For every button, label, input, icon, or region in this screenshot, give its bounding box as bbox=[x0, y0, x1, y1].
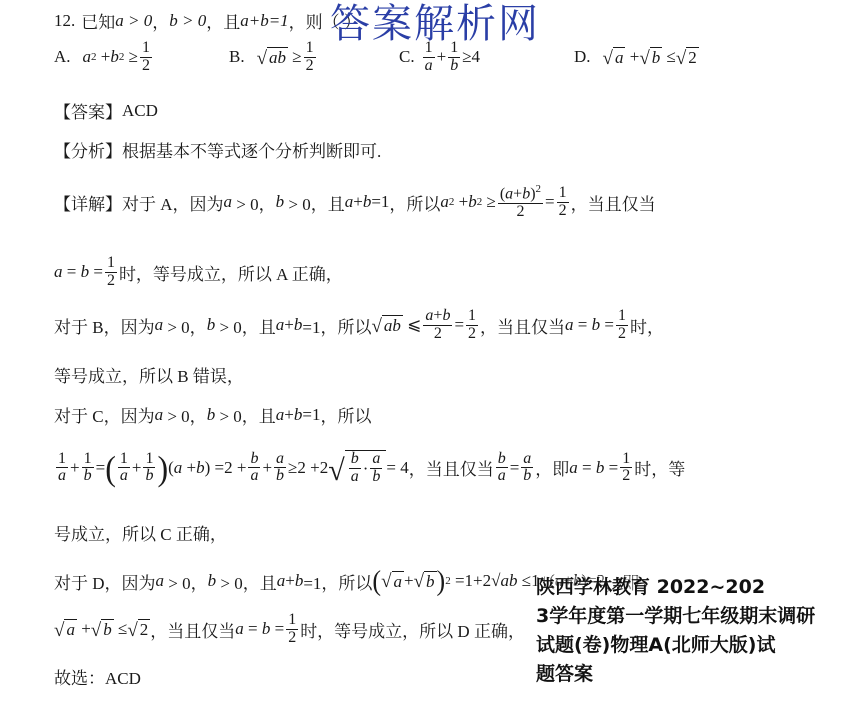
answer-tag: 【答案】 bbox=[54, 98, 122, 123]
detail-text: 时，等 bbox=[634, 455, 685, 480]
detail-c-line3: 号成立，所以 C 正确， bbox=[54, 520, 227, 545]
detail-text: 对于 B，因为 bbox=[54, 313, 155, 338]
option-c-label: C. bbox=[399, 47, 415, 67]
detail-text: 号成立，所以 C 正确， bbox=[54, 520, 227, 545]
condition-sum: a+b=1 bbox=[240, 11, 288, 31]
detail-b-line1: 对于 B，因为 a > 0，b > 0，且a+b=1，所以 √ab ⩽ a+b2… bbox=[54, 308, 664, 343]
site-watermark: 答案解析网 bbox=[330, 4, 540, 44]
stem-prefix: 已知 bbox=[81, 8, 115, 33]
detail-c-line1: 对于 C，因为 a > 0，b > 0，且a+b=1 ，所以 bbox=[54, 402, 371, 427]
analysis-line: 【分析】 根据基本不等式逐个分析判断即可. bbox=[54, 137, 381, 162]
overlay-caption: 陕西学林教育 2022~202 3学年度第一学期七年级期末调研 试题(卷)物理A… bbox=[536, 573, 844, 689]
detail-text: ，所以 bbox=[389, 190, 440, 215]
option-b-label: B. bbox=[229, 47, 245, 67]
caption-line: 题答案 bbox=[536, 660, 844, 689]
detail-d-line2: √a +√b ≤√2 ，当且仅当 a = b =12 时，等号成立，所以 D 正… bbox=[54, 612, 525, 647]
detail-text: 对于 C，因为 bbox=[54, 402, 155, 427]
conclusion-text: 故选：ACD bbox=[54, 664, 141, 689]
detail-b-line2: 等号成立，所以 B 错误， bbox=[54, 362, 244, 387]
caption-line: 陕西学林教育 2022~202 bbox=[536, 573, 844, 602]
condition-a: a > 0 bbox=[115, 11, 152, 31]
detail-a-line1: 【详解】 对于 A，因为 a > 0，b > 0，且a+b=1 ，所以 a2 +… bbox=[54, 184, 656, 221]
detail-text: ，当且仅当 bbox=[571, 190, 656, 215]
caption-line: 试题(卷)物理A(北师大版)试 bbox=[536, 631, 844, 660]
detail-text: 对于 A，因为 bbox=[122, 190, 224, 215]
option-a: A. a2 +b2 ≥ 12 bbox=[54, 40, 229, 75]
question-number: 12. bbox=[54, 11, 75, 31]
detail-text: ，当且仅当 bbox=[480, 313, 565, 338]
detail-text: ，所以 bbox=[320, 402, 371, 427]
analysis-text: 根据基本不等式逐个分析判断即可. bbox=[122, 137, 381, 162]
detail-text: ，当且仅当 bbox=[409, 455, 494, 480]
option-a-label: A. bbox=[54, 47, 71, 67]
detail-a-line2: a = b =12 时，等号成立，所以 A 正确， bbox=[54, 255, 343, 290]
answer-line: 【答案】 ACD bbox=[54, 98, 158, 123]
detail-text: 时， bbox=[630, 313, 664, 338]
detail-text: 对于 D，因为 bbox=[54, 569, 156, 594]
separator: ，且 bbox=[206, 8, 240, 33]
option-d: D. √a +√b ≤√2 bbox=[574, 47, 699, 68]
detail-text: 时，等号成立，所以 D 正确， bbox=[300, 617, 525, 642]
conclusion-line: 故选：ACD bbox=[54, 664, 141, 689]
detail-tag: 【详解】 bbox=[54, 190, 122, 215]
detail-text: 时，等号成立，所以 A 正确， bbox=[119, 260, 343, 285]
formula-c: 1a+ 1b= (1a+1b) (a +b) =2 + ba+ ab≥2 +2 … bbox=[54, 450, 409, 486]
detail-text: ，即 bbox=[535, 455, 569, 480]
caption-line: 3学年度第一学期七年级期末调研 bbox=[536, 602, 844, 631]
detail-text: 等号成立，所以 B 错误， bbox=[54, 362, 244, 387]
formula-a: a2 +b2 ≥ (a+b)22= 12 bbox=[440, 184, 570, 221]
analysis-tag: 【分析】 bbox=[54, 137, 122, 162]
detail-c-line2: 1a+ 1b= (1a+1b) (a +b) =2 + ba+ ab≥2 +2 … bbox=[54, 450, 685, 486]
option-d-label: D. bbox=[574, 47, 591, 67]
separator: ， bbox=[152, 8, 169, 33]
condition-b: b > 0 bbox=[169, 11, 206, 31]
answer-value: ACD bbox=[122, 101, 158, 121]
question-stem: 12. 已知 a > 0 ， b > 0 ，且 a+b=1 ，则（ ） bbox=[54, 8, 361, 33]
detail-text: ，当且仅当 bbox=[150, 617, 235, 642]
